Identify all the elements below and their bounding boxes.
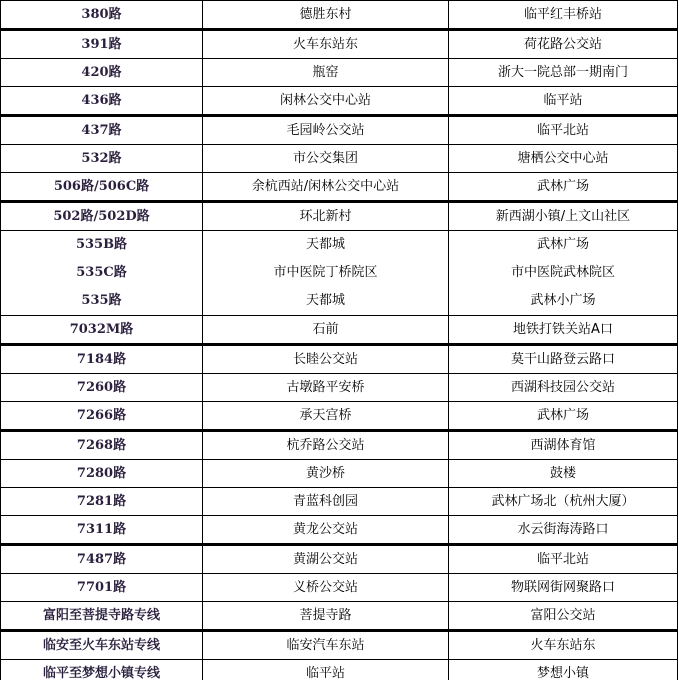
route-line: 535C路 [1,259,202,287]
route-line: 535B路 [1,231,202,259]
from-stop-cell: 瓶窑 [203,59,449,87]
to-stop-cell: 鼓楼 [449,460,678,488]
from-stop-cell: 德胜东村 [203,1,449,30]
table-row: 临平至梦想小镇专线 临平站 梦想小镇 [1,660,678,680]
from-stop-cell: 余杭西站/闲林公交中心站 [203,173,449,202]
from-stop-cell: 闲林公交中心站 [203,87,449,116]
route-cell: 临平至梦想小镇专线 [1,660,203,680]
table-row: 502路/502D路 环北新村 新西湖小镇/上文山社区 [1,202,678,231]
to-stop-cell: 塘栖公交中心站 [449,145,678,173]
table-row: 7281路 青蓝科创园 武林广场北（杭州大厦） [1,488,678,516]
route-cell: 7487路 [1,545,203,574]
to-stop-cell: 临平北站 [449,545,678,574]
to-stop-cell: 西湖体育馆 [449,431,678,460]
from-stop-line: 市中医院丁桥院区 [203,259,448,287]
route-cell: 富阳至菩提寺路专线 [1,602,203,631]
to-stop-cell: 莫干山路登云路口 [449,345,678,374]
table-row: 437路 毛园岭公交站 临平北站 [1,116,678,145]
to-stop-cell-group: 武林广场 市中医院武林院区 武林小广场 [449,231,678,316]
from-stop-cell: 临平站 [203,660,449,680]
from-stop-cell: 青蓝科创园 [203,488,449,516]
to-stop-cell: 浙大一院总部一期南门 [449,59,678,87]
table-row: 临安至火车东站专线 临安汽车东站 火车东站东 [1,631,678,660]
to-stop-line: 武林广场 [449,231,677,259]
table-row: 7311路 黄龙公交站 水云街海涛路口 [1,516,678,545]
to-stop-cell: 新西湖小镇/上文山社区 [449,202,678,231]
from-stop-cell: 杭乔路公交站 [203,431,449,460]
table-row: 7266路 承天宫桥 武林广场 [1,402,678,431]
route-cell: 7311路 [1,516,203,545]
from-stop-cell: 古墩路平安桥 [203,374,449,402]
to-stop-cell: 武林广场 [449,173,678,202]
route-cell: 380路 [1,1,203,30]
to-stop-cell: 火车东站东 [449,631,678,660]
route-cell: 7184路 [1,345,203,374]
table-row: 436路 闲林公交中心站 临平站 [1,87,678,116]
table-row: 7701路 义桥公交站 物联网街网聚路口 [1,574,678,602]
from-stop-line: 天都城 [203,231,448,259]
from-stop-cell: 火车东站东 [203,30,449,59]
table-row-group-535: 535B路 535C路 535路 天都城 市中医院丁桥院区 天都城 武林广场 市… [1,231,678,316]
route-cell: 502路/502D路 [1,202,203,231]
route-cell: 7260路 [1,374,203,402]
from-stop-cell: 承天宫桥 [203,402,449,431]
table-row: 506路/506C路 余杭西站/闲林公交中心站 武林广场 [1,173,678,202]
to-stop-cell: 梦想小镇 [449,660,678,680]
from-stop-cell: 临安汽车东站 [203,631,449,660]
from-stop-cell: 毛园岭公交站 [203,116,449,145]
table-row: 420路 瓶窑 浙大一院总部一期南门 [1,59,678,87]
bus-route-table: 380路 德胜东村 临平红丰桥站 391路 火车东站东 荷花路公交站 420路 … [0,0,678,680]
route-cell: 7701路 [1,574,203,602]
to-stop-cell: 水云街海涛路口 [449,516,678,545]
table-row: 7487路 黄湖公交站 临平北站 [1,545,678,574]
route-cell: 437路 [1,116,203,145]
table-row: 380路 德胜东村 临平红丰桥站 [1,1,678,30]
table-row: 391路 火车东站东 荷花路公交站 [1,30,678,59]
route-cell: 7266路 [1,402,203,431]
from-stop-cell: 黄龙公交站 [203,516,449,545]
to-stop-cell: 临平北站 [449,116,678,145]
from-stop-cell: 环北新村 [203,202,449,231]
to-stop-cell: 临平站 [449,87,678,116]
to-stop-cell: 物联网街网聚路口 [449,574,678,602]
table-row: 7032M路 石前 地铁打铁关站A口 [1,316,678,345]
to-stop-line: 市中医院武林院区 [449,259,677,287]
to-stop-cell: 地铁打铁关站A口 [449,316,678,345]
table-row: 532路 市公交集团 塘栖公交中心站 [1,145,678,173]
table-row: 7260路 古墩路平安桥 西湖科技园公交站 [1,374,678,402]
from-stop-cell-group: 天都城 市中医院丁桥院区 天都城 [203,231,449,316]
to-stop-cell: 武林广场北（杭州大厦） [449,488,678,516]
route-cell: 506路/506C路 [1,173,203,202]
to-stop-cell: 武林广场 [449,402,678,431]
route-cell: 436路 [1,87,203,116]
to-stop-cell: 富阳公交站 [449,602,678,631]
route-cell: 532路 [1,145,203,173]
table-row: 7184路 长睦公交站 莫干山路登云路口 [1,345,678,374]
to-stop-line: 武林小广场 [449,287,677,315]
from-stop-cell: 菩提寺路 [203,602,449,631]
route-cell: 391路 [1,30,203,59]
table-row: 富阳至菩提寺路专线 菩提寺路 富阳公交站 [1,602,678,631]
route-cell: 7268路 [1,431,203,460]
from-stop-cell: 义桥公交站 [203,574,449,602]
from-stop-cell: 石前 [203,316,449,345]
to-stop-cell: 西湖科技园公交站 [449,374,678,402]
route-cell: 420路 [1,59,203,87]
from-stop-cell: 市公交集团 [203,145,449,173]
route-cell: 7280路 [1,460,203,488]
route-cell-group: 535B路 535C路 535路 [1,231,203,316]
table-row: 7268路 杭乔路公交站 西湖体育馆 [1,431,678,460]
to-stop-cell: 临平红丰桥站 [449,1,678,30]
from-stop-cell: 黄沙桥 [203,460,449,488]
route-cell: 7281路 [1,488,203,516]
from-stop-cell: 黄湖公交站 [203,545,449,574]
table-row: 7280路 黄沙桥 鼓楼 [1,460,678,488]
route-line: 535路 [1,287,202,315]
from-stop-cell: 长睦公交站 [203,345,449,374]
to-stop-cell: 荷花路公交站 [449,30,678,59]
route-cell: 7032M路 [1,316,203,345]
route-cell: 临安至火车东站专线 [1,631,203,660]
from-stop-line: 天都城 [203,287,448,315]
